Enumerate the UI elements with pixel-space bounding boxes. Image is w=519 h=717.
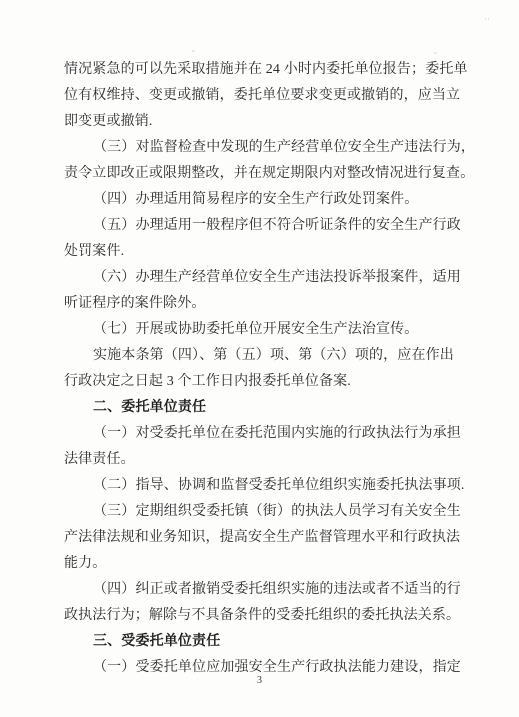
text-line: 听证程序的案件除外。	[64, 291, 462, 317]
text-line: 责令立即改正或限期整改，并在规定期限内对整改情况进行复查。	[64, 161, 462, 187]
scan-artifact: ˙˙	[484, 18, 490, 27]
text-line: 政执法行为；解除与不具备条件的受委托组织的委托执法关系。	[64, 603, 462, 629]
document-page: 情况紧急的可以先采取措施并在 24 小时内委托单位报告；委托单位有权维持、变更或…	[0, 0, 519, 717]
text-line: 产法律法规和业务知识，提高安全生产监督管理水平和行政执法	[64, 525, 462, 551]
text-line: （五）办理适用一般程序但不符合听证条件的安全生产行政	[64, 213, 462, 239]
text-line: 即变更或撤销.	[64, 109, 462, 135]
document-body: 情况紧急的可以先采取措施并在 24 小时内委托单位报告；委托单位有权维持、变更或…	[64, 57, 462, 681]
text-line: （四）纠正或者撤销受委托组织实施的违法或者不适当的行	[64, 577, 462, 603]
text-line: （六）办理生产经营单位安全生产违法投诉举报案件，适用	[64, 265, 462, 291]
section-heading: 三、受委托单位责任	[64, 629, 462, 655]
text-line: 行政决定之日起 3 个工作日内报委托单位备案.	[64, 369, 462, 395]
text-line: 能力。	[64, 551, 462, 577]
page-number: 3	[0, 675, 519, 687]
text-line: （一）对受委托单位在委托范围内实施的行政执法行为承担	[64, 421, 462, 447]
text-line: 位有权维持、变更或撤销，委托单位要求变更或撤销的，应当立	[64, 83, 462, 109]
text-line: （七）开展或协助委托单位开展安全生产法治宣传。	[64, 317, 462, 343]
text-line: 处罚案件.	[64, 239, 462, 265]
text-line: （三）定期组织受委托镇（街）的执法人员学习有关安全生	[64, 499, 462, 525]
text-line: 法律责任。	[64, 447, 462, 473]
text-line: 实施本条第（四）、第（五）项、第（六）项的，应在作出	[64, 343, 462, 369]
text-line: （四）办理适用简易程序的安全生产行政处罚案件。	[64, 187, 462, 213]
text-line: 情况紧急的可以先采取措施并在 24 小时内委托单位报告；委托单	[64, 57, 462, 83]
text-line: （二）指导、协调和监督受委托单位组织实施委托执法事项.	[64, 473, 462, 499]
section-heading: 二、委托单位责任	[64, 395, 462, 421]
text-line: （三）对监督检查中发现的生产经营单位安全生产违法行为，	[64, 135, 462, 161]
